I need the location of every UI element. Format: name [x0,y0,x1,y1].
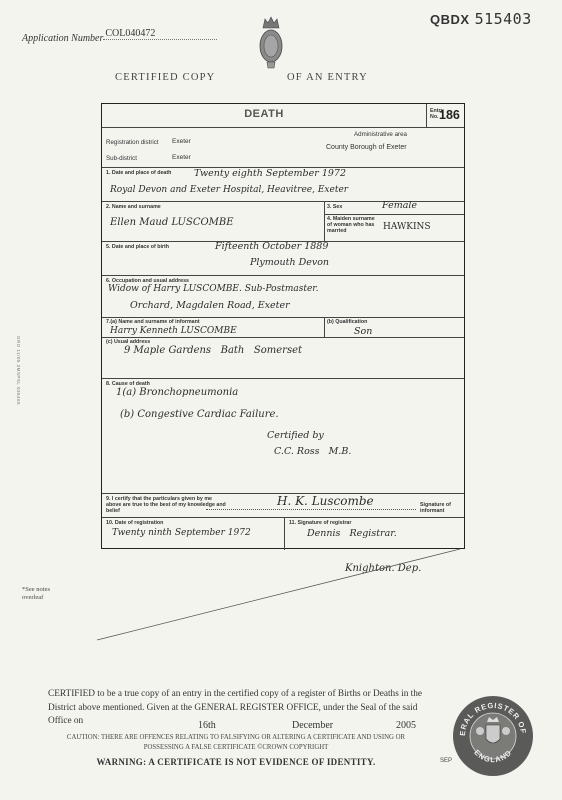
serial-number: 515403 [475,10,532,28]
maiden-name: HAWKINS [383,222,431,232]
identity-warning: WARNING: A CERTIFICATE IS NOT EVIDENCE O… [48,757,424,767]
heading-certified-copy: CERTIFIED COPY [115,72,215,83]
caution-notice: CAUTION: THERE ARE OFFENCES RELATING TO … [48,733,424,752]
registration-district-label: Registration district [106,139,159,146]
registration-district: Exeter [172,138,191,145]
certification-month: December [292,720,333,731]
sex-value: Female [382,200,417,211]
maiden-name-label: 4. Maiden surname of woman who has marri… [327,216,375,234]
registrar-signature-label: 11. Signature of registrar [289,520,351,526]
place-of-birth: Plymouth Devon [250,257,329,268]
cause-of-death-1a: 1(a) Bronchopneumonia [116,387,238,398]
application-number: Application NumberCOL040472 [22,33,217,45]
qualification-label: (b) Qualification [327,319,367,325]
sub-district: Exeter [172,154,191,161]
administrative-area: County Borough of Exeter [326,144,407,151]
administrative-area-label: Administrative area [354,131,407,138]
informant-name: Harry Kenneth LUSCOMBE [110,326,237,336]
date-of-death: Twenty eighth September 1972 [194,168,346,179]
certifying-doctor: C.C. Ross M.B. [274,446,351,457]
name-label: 2. Name and surname [106,204,161,210]
informant-address: 9 Maple Gardens Bath Somerset [124,345,302,356]
usual-address: Orchard, Magdalen Road, Exeter [130,300,290,311]
date-place-birth-label: 5. Date and place of birth [106,244,169,250]
certified-by: Certified by [267,430,324,441]
register-entry: DEATH Entry No. 186 Registration distric… [101,103,465,549]
cancellation-line [95,545,465,645]
sex-label: 3. Sex [327,204,342,210]
deceased-name: Ellen Maud LUSCOMBE [110,217,234,228]
qualification: Son [354,326,372,337]
certification-day: 16th [198,720,216,731]
application-label: Application Number [22,33,103,44]
certification-text: CERTIFIED to be a true copy of an entry … [48,688,428,729]
occupation: Widow of Harry LUSCOMBE. Sub-Postmaster. [108,284,318,294]
see-notes-overleaf: *See notes overleaf [22,586,58,602]
registration-date: Twenty ninth September 1972 [112,528,251,538]
sub-district-label: Sub-district [106,155,137,162]
registration-date-label: 10. Date of registration [106,520,163,526]
date-place-death-label: 1. Date and place of death [106,170,171,176]
date-of-birth: Fifteenth October 1889 [215,241,328,252]
cause-of-death-1b: (b) Congestive Cardiac Failure. [120,409,279,420]
informant-signature: H. K. Luscombe [277,494,374,508]
royal-crest-icon [258,14,284,70]
form-code: GRO 11/05 3MSPSL 035465 [16,336,21,405]
certification-year: 2005 [396,720,416,731]
registrar-signature: Dennis Registrar. [307,528,397,539]
informant-name-label: 7.(a) Name and surname of informant [106,319,200,325]
entry-number: 186 [439,108,460,122]
heading-of-an-entry: OF AN ENTRY [287,72,368,83]
certificate-serial: QBDX515403 [430,10,532,28]
application-number-value: COL040472 [103,28,217,40]
place-of-death: Royal Devon and Exeter Hospital, Heavitr… [110,185,348,195]
general-register-office-seal-icon: GENERAL REGISTER OFFICE ENGLAND [452,695,534,777]
signature-of-informant-label: Signature of informant [420,502,460,514]
entry-type: DEATH [102,108,426,120]
certification-statement: CERTIFIED to be a true copy of an entry … [48,689,422,726]
certify-label: 9. I certify that the particulars given … [106,496,228,514]
seal-mark: SEP [440,758,452,764]
serial-prefix: QBDX [430,12,470,27]
